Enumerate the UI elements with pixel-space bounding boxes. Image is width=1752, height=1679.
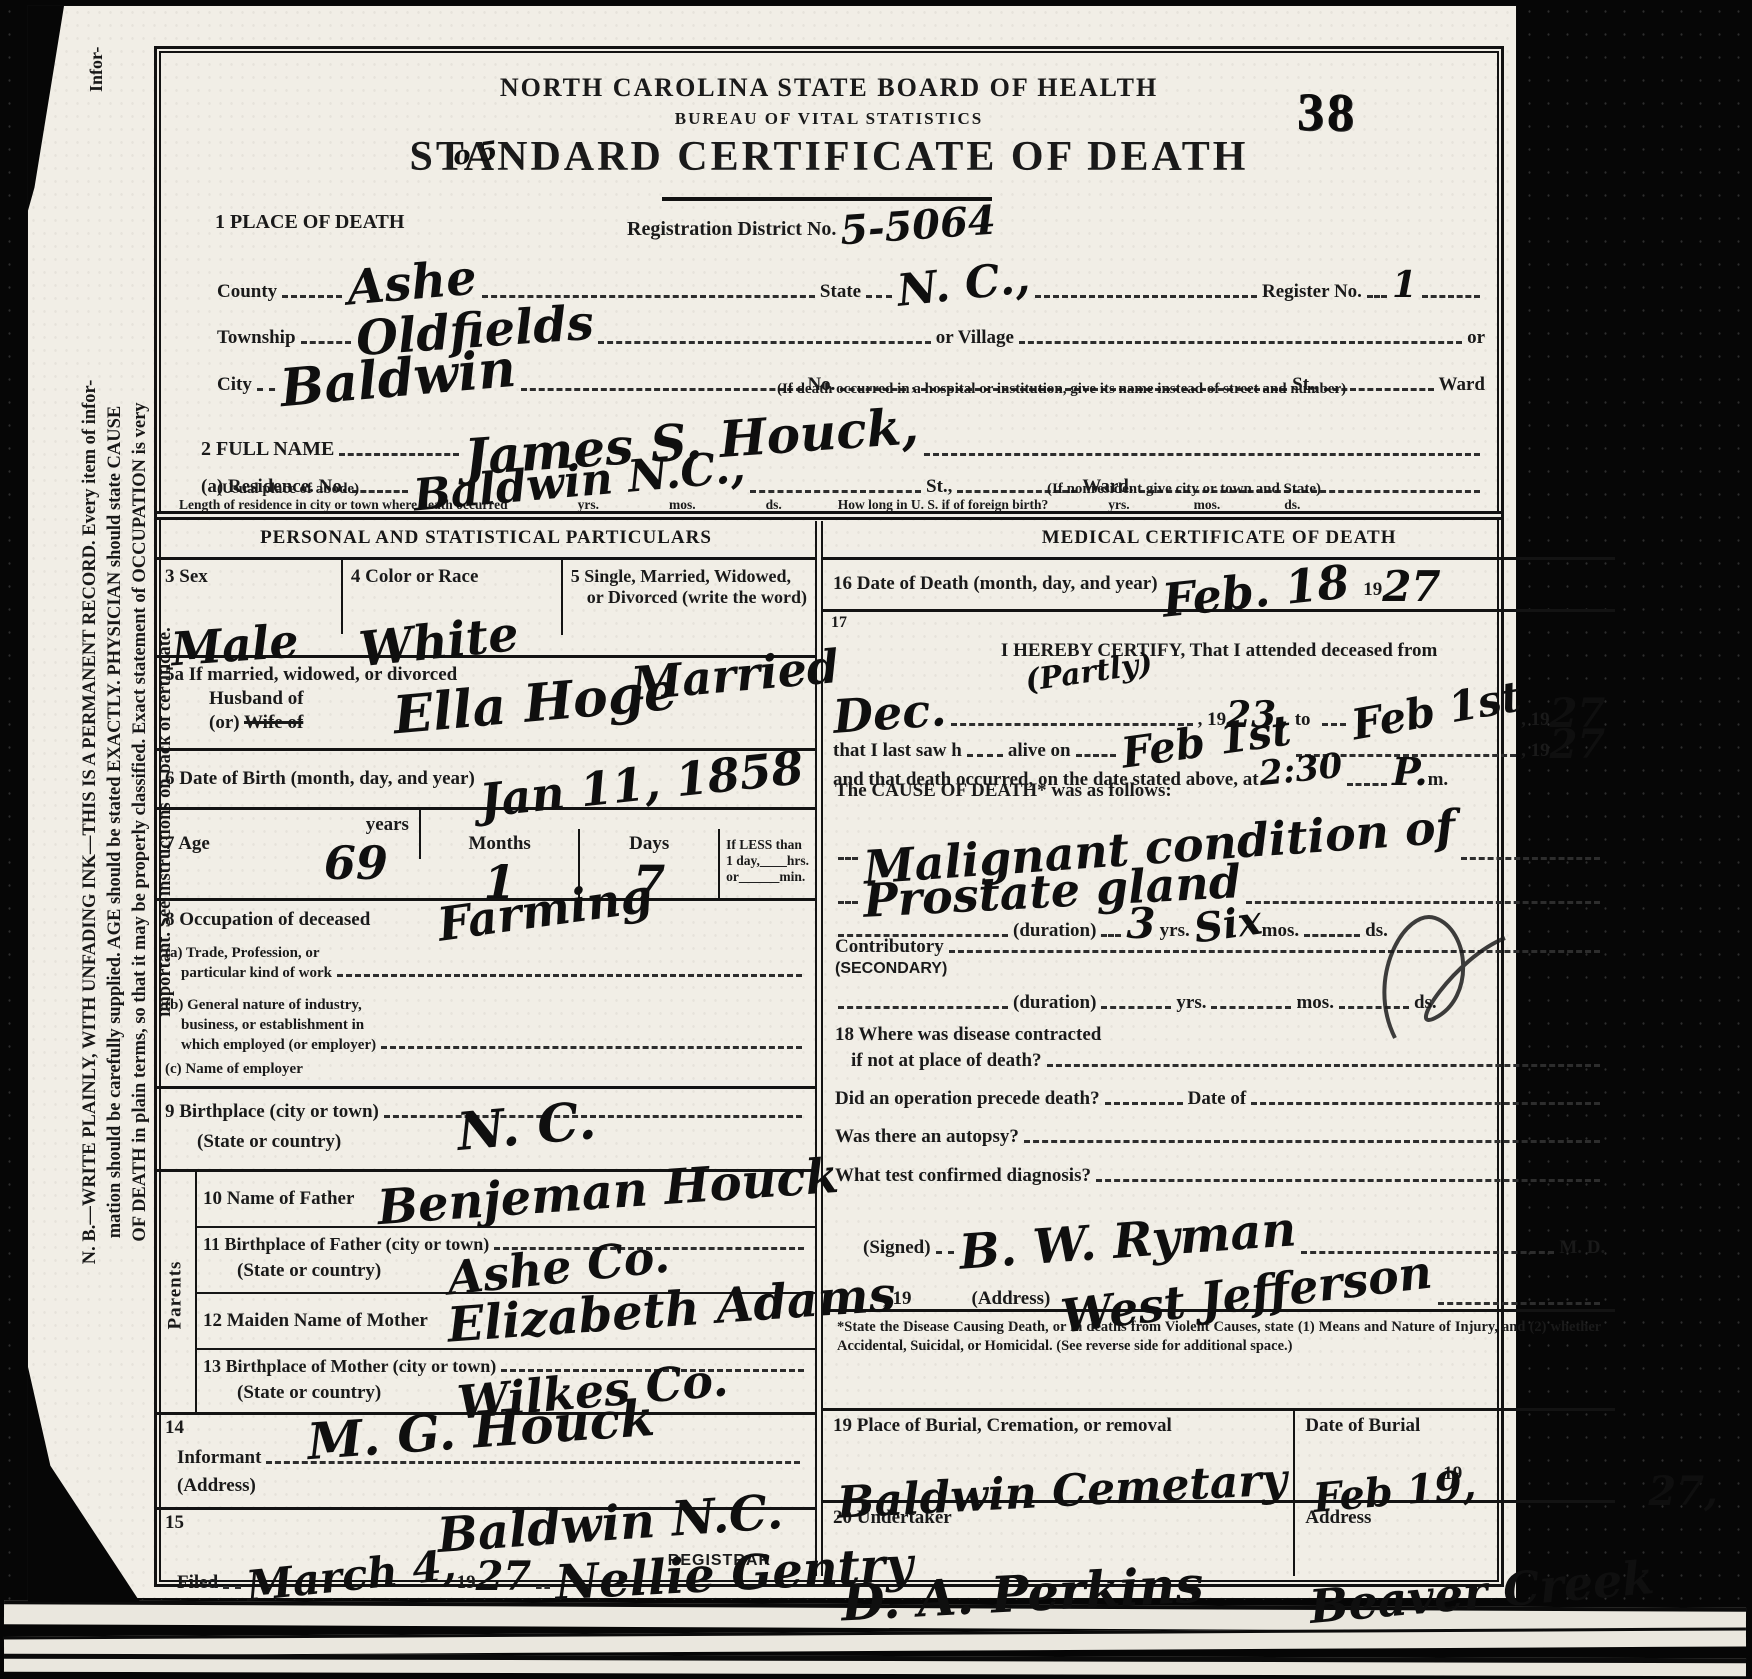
test-label: What test confirmed diagnosis? bbox=[835, 1165, 1091, 1187]
marital-cell: 5 Single, Married, Widowed, or Divorced … bbox=[563, 560, 815, 654]
dob-label: 6 Date of Birth (month, day, and year) bbox=[165, 768, 475, 790]
certificate-number-stamp: 38 bbox=[1296, 80, 1357, 143]
death-ampm-value: P. bbox=[1392, 756, 1428, 788]
fill-line bbox=[838, 1003, 1008, 1009]
fill-line bbox=[1047, 1061, 1601, 1067]
ward-label: Ward bbox=[1439, 374, 1485, 396]
where-contracted-line: if not at place of death? bbox=[851, 1050, 1605, 1072]
ink-flourish bbox=[1335, 898, 1515, 1048]
occupation-b-label-3: which employed (or employer) bbox=[181, 1037, 376, 1054]
marital-label-1: 5 Single, Married, Widowed, bbox=[571, 566, 807, 587]
md-label: M. D. bbox=[1559, 1237, 1605, 1259]
state-label: State bbox=[820, 281, 861, 303]
occupation-a-label-1: (a) Trade, Profession, or bbox=[165, 945, 320, 962]
mother-name-row: 12 Maiden Name of Mother Elizabeth Adams bbox=[197, 1294, 815, 1350]
test-line: What test confirmed diagnosis? bbox=[835, 1165, 1605, 1187]
less-than-label-2: 1 day,____hrs. bbox=[726, 853, 809, 869]
fill-line bbox=[521, 385, 803, 391]
saw-year-value: 27 bbox=[1550, 728, 1606, 762]
full-name-row: 2 FULL NAME James S. Houck, bbox=[173, 417, 1485, 461]
cause-of-death-label: The CAUSE OF DEATH* was as follows: bbox=[835, 780, 1172, 802]
fill-line bbox=[1367, 292, 1387, 298]
fill-line bbox=[1105, 1099, 1183, 1105]
fill-line bbox=[339, 450, 459, 456]
less-than-label-1: If LESS than bbox=[726, 837, 809, 853]
fill-line bbox=[1461, 854, 1600, 860]
occupation-b-label-2: business, or establishment in bbox=[181, 1017, 364, 1034]
operation-label: Did an operation precede death? bbox=[835, 1088, 1100, 1110]
test-signed-block: What test confirmed diagnosis? (Signed) … bbox=[823, 1161, 1615, 1265]
autopsy-line: Was there an autopsy? bbox=[835, 1126, 1605, 1148]
stacked-sheet-edge bbox=[4, 1654, 1746, 1677]
days-label: Days bbox=[580, 833, 718, 855]
occupation-label: 8 Occupation of deceased bbox=[165, 909, 370, 931]
sex-value: Male bbox=[170, 622, 300, 670]
certify-statement: I HEREBY CERTIFY, That I attended deceas… bbox=[823, 640, 1615, 662]
husband-of-label: Husband of bbox=[209, 688, 304, 710]
parents-rows: 10 Name of Father Benjeman Houck 11 Birt… bbox=[197, 1172, 815, 1412]
fill-line bbox=[598, 338, 930, 344]
ink-scribble: o 5 bbox=[452, 140, 499, 168]
sex-label: 3 Sex bbox=[165, 566, 208, 587]
or-wife-of-label: (or) Wife of bbox=[209, 712, 303, 734]
margin-note-line: OF DEATH in plain terms, so that it may … bbox=[128, 72, 153, 1572]
dod-year-value: 27 bbox=[1382, 569, 1440, 605]
father-name-label: 10 Name of Father bbox=[203, 1188, 354, 1210]
fill-line bbox=[352, 487, 408, 493]
medical-column-header: MEDICAL CERTIFICATE OF DEATH bbox=[823, 521, 1615, 560]
occupation-b-label-1: (b) General nature of industry, bbox=[165, 997, 362, 1014]
duration-label: (duration) bbox=[1013, 992, 1096, 1014]
fill-line bbox=[301, 338, 351, 344]
informant-block: 14 Informant (Address) M. G. Houck Baldw… bbox=[157, 1415, 815, 1510]
fill-line bbox=[1035, 292, 1257, 298]
certificate-form: NORTH CAROLINA STATE BOARD OF HEALTH BUR… bbox=[154, 46, 1504, 1587]
abode-note: (Usual place of abode) bbox=[217, 481, 359, 498]
date-of-death-label: 16 Date of Death (month, day, and year) bbox=[833, 573, 1158, 595]
or-label: (or) bbox=[209, 712, 240, 733]
signed-line: (Signed) B. W. Ryman M. D. bbox=[863, 1217, 1605, 1259]
fill-line bbox=[282, 292, 342, 298]
hospital-note: (If death occurred in a hospital or inst… bbox=[777, 381, 1346, 398]
years-label: years bbox=[366, 814, 409, 836]
torn-edge-shadow bbox=[28, 6, 64, 336]
register-no-value: 1 bbox=[1392, 270, 1417, 301]
fill-line bbox=[257, 385, 275, 391]
race-label: 4 Color or Race bbox=[351, 566, 479, 587]
address-label: (Address) bbox=[972, 1288, 1051, 1310]
sex-race-marital-row: 3 Sex Male 4 Color or Race White 5 Singl… bbox=[157, 560, 815, 658]
personal-column: PERSONAL AND STATISTICAL PARTICULARS 3 S… bbox=[157, 521, 817, 1576]
operation-line: Did an operation precede death? Date of bbox=[835, 1088, 1605, 1110]
burial-date-label: Date of Burial bbox=[1305, 1415, 1605, 1437]
fill-line bbox=[1096, 1176, 1600, 1182]
physician-address-block: , 19 (Address) West Jefferson bbox=[823, 1265, 1615, 1312]
registration-district-label: Registration District No. bbox=[627, 218, 836, 241]
age-less-than-day-cell: If LESS than 1 day,____hrs. or______min. bbox=[720, 833, 815, 889]
fill-line bbox=[1101, 1003, 1171, 1009]
duration-yrs-label: yrs. bbox=[1176, 992, 1206, 1014]
township-row: Township Oldfields or Village or bbox=[173, 307, 1485, 349]
form-columns: PERSONAL AND STATISTICAL PARTICULARS 3 S… bbox=[157, 521, 1501, 1576]
race-value: White bbox=[357, 614, 520, 671]
fill-line bbox=[1211, 1003, 1291, 1009]
fill-line bbox=[337, 971, 802, 977]
fill-line bbox=[536, 1583, 550, 1589]
operation-date-label: Date of bbox=[1188, 1088, 1247, 1110]
county-label: County bbox=[217, 281, 277, 303]
duration-mos-label: mos. bbox=[1296, 992, 1333, 1014]
item-17-number: 17 bbox=[831, 614, 847, 632]
fill-line bbox=[1019, 338, 1462, 344]
parents-strip: Parents bbox=[157, 1172, 197, 1412]
age-label: 7 Age bbox=[165, 833, 210, 854]
filed-year-value: 27 bbox=[476, 1560, 532, 1594]
race-cell: 4 Color or Race White bbox=[343, 560, 563, 635]
filed-19-label: 19 bbox=[457, 1572, 476, 1594]
county-row: County Ashe State N. C., Register No. 1 bbox=[173, 261, 1485, 303]
city-value: Baldwin bbox=[278, 347, 517, 412]
date-of-death-row: 16 Date of Death (month, day, and year) … bbox=[823, 560, 1615, 612]
county-value: Ashe bbox=[346, 257, 479, 309]
stacked-sheet-edge bbox=[4, 1627, 1746, 1655]
burial-place-label: 19 Place of Burial, Cremation, or remova… bbox=[833, 1415, 1283, 1437]
register-no-label: Register No. bbox=[1262, 281, 1362, 303]
township-label: Township bbox=[217, 327, 296, 349]
fill-line bbox=[838, 854, 858, 860]
certify-block: 17 I HEREBY CERTIFY, That I attended dec… bbox=[823, 612, 1615, 780]
fill-line bbox=[936, 1248, 954, 1254]
age-years-cell: 7 Age years 69 bbox=[157, 810, 421, 859]
burial-date-value: Feb 19, bbox=[1312, 1468, 1477, 1516]
duration-months-value: Six bbox=[1192, 904, 1264, 947]
mother-birthplace-sub: (State or country) bbox=[237, 1382, 381, 1404]
date-of-birth-row: 6 Date of Birth (month, day, and year) J… bbox=[157, 751, 815, 810]
occupation-a-label-2: particular kind of work bbox=[181, 965, 332, 982]
personal-column-header: PERSONAL AND STATISTICAL PARTICULARS bbox=[157, 521, 815, 560]
filed-label: Filed bbox=[177, 1572, 218, 1594]
or-village-label: or Village bbox=[936, 327, 1014, 349]
occupation-block: 8 Occupation of deceased Farming (a) Tra… bbox=[157, 901, 815, 1089]
sex-cell: 3 Sex Male bbox=[157, 560, 343, 634]
autopsy-label: Was there an autopsy? bbox=[835, 1126, 1019, 1148]
fill-line bbox=[1422, 292, 1480, 298]
death-time-value: 2:30 bbox=[1257, 752, 1343, 789]
less-than-label-3: or______min. bbox=[726, 869, 809, 885]
fill-line bbox=[1438, 1299, 1600, 1305]
city-label: City bbox=[217, 374, 252, 396]
fill-line bbox=[1251, 1099, 1600, 1105]
father-name-row: 10 Name of Father Benjeman Houck bbox=[197, 1172, 815, 1228]
filed-line: Filed March 4, 19 27 Nellie Gentry bbox=[177, 1552, 805, 1594]
informant-label: Informant bbox=[177, 1447, 261, 1469]
fill-line bbox=[750, 487, 921, 493]
contributory-label: Contributory bbox=[835, 936, 944, 958]
occupation-a-line: particular kind of work bbox=[181, 965, 807, 982]
margin-note-line: N. B.—WRITE PLAINLY, WITH UNFADING INK—T… bbox=[78, 72, 103, 1572]
burial-row: 19 Place of Burial, Cremation, or remova… bbox=[823, 1411, 1615, 1503]
father-birthplace-sub: (State or country) bbox=[237, 1260, 381, 1282]
certificate-paper: Infor- N. B.—WRITE PLAINLY, WITH UNFADIN… bbox=[28, 6, 1516, 1598]
fill-line bbox=[223, 1583, 241, 1589]
burial-date-cell: Date of Burial Feb 19, 19 27, bbox=[1295, 1411, 1615, 1500]
fill-line bbox=[924, 450, 1480, 456]
nonresident-note: (If nonresident give city or town and St… bbox=[1047, 481, 1321, 498]
section-divider bbox=[157, 511, 1501, 520]
informant-number: 14 bbox=[165, 1417, 184, 1439]
state-value: N. C., bbox=[895, 259, 1031, 310]
filed-number: 15 bbox=[165, 1512, 184, 1534]
duration-years-value: 3 bbox=[1126, 906, 1155, 942]
dod-19-label: 19 bbox=[1363, 579, 1382, 601]
where-contracted-label-2: if not at place of death? bbox=[851, 1050, 1042, 1072]
registration-district-value: 5-5064 bbox=[839, 204, 997, 249]
secondary-label: (SECONDARY) bbox=[835, 960, 947, 978]
attended-from-value: Dec. bbox=[832, 690, 948, 737]
marital-label-2: or Divorced (write the word) bbox=[587, 587, 807, 608]
mother-birthplace-label: 13 Birthplace of Mother (city or town) bbox=[203, 1356, 496, 1377]
parents-label: Parents bbox=[164, 1261, 186, 1330]
parents-block: Parents 10 Name of Father Benjeman Houck… bbox=[157, 1172, 815, 1415]
fill-line bbox=[866, 292, 892, 298]
birthplace-label: 9 Birthplace (city or town) bbox=[165, 1101, 379, 1123]
burial-year-value: 27, bbox=[1648, 1475, 1718, 1509]
registration-district-row: Registration District No. 5-5064 bbox=[627, 205, 996, 241]
wife-of-struck-label: Wife of bbox=[244, 712, 303, 733]
full-name-label: 2 FULL NAME bbox=[201, 438, 334, 461]
occupation-c-label: (c) Name of employer bbox=[165, 1061, 303, 1078]
birthplace-sub-label: (State or country) bbox=[197, 1131, 341, 1153]
months-label: Months bbox=[421, 833, 578, 855]
margin-note-line: mation should be carefully supplied. AGE… bbox=[103, 72, 128, 1572]
filed-date-value: March 4, bbox=[245, 1547, 458, 1604]
informant-address-label: (Address) bbox=[177, 1475, 256, 1497]
fill-line bbox=[482, 292, 815, 298]
birthplace-value: N. C. bbox=[455, 1099, 597, 1155]
signed-label: (Signed) bbox=[863, 1237, 931, 1259]
footnote-block: *State the Disease Causing Death, or in … bbox=[823, 1312, 1615, 1411]
mother-name-label: 12 Maiden Name of Mother bbox=[203, 1310, 428, 1332]
place-of-death-label: 1 PLACE OF DEATH bbox=[215, 211, 404, 234]
or-label: or bbox=[1467, 327, 1485, 349]
fill-line bbox=[1024, 1137, 1600, 1143]
occupation-b-line: which employed (or employer) bbox=[181, 1037, 807, 1054]
residence-street-label: St., bbox=[926, 476, 952, 498]
burial-place-cell: 19 Place of Burial, Cremation, or remova… bbox=[823, 1411, 1295, 1500]
medical-column: MEDICAL CERTIFICATE OF DEATH 16 Date of … bbox=[821, 521, 1615, 1576]
age-years-value: 69 bbox=[324, 844, 388, 883]
undertaker-value: D. A. Perkins bbox=[840, 1564, 1204, 1625]
where-contracted-label-1: 18 Where was disease contracted bbox=[835, 1024, 1101, 1046]
fill-line bbox=[381, 1043, 802, 1049]
